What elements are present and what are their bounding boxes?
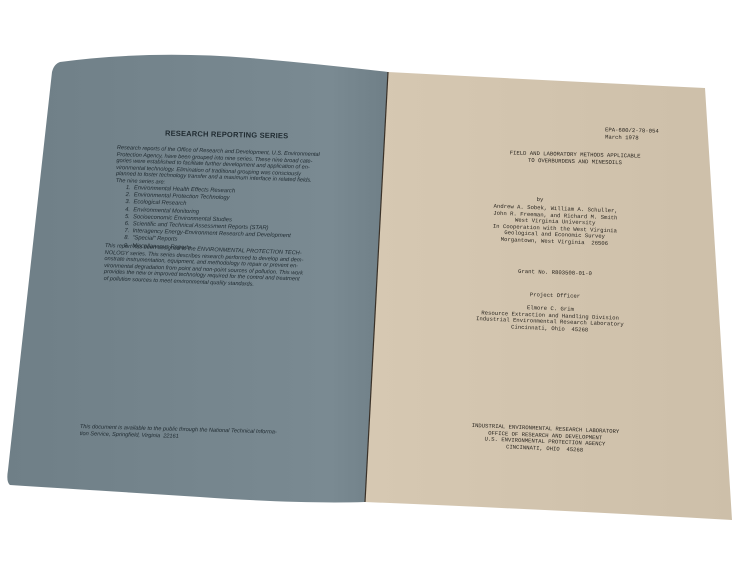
right-page [365, 72, 732, 520]
left-page [7, 55, 388, 503]
open-booklet [0, 0, 750, 563]
